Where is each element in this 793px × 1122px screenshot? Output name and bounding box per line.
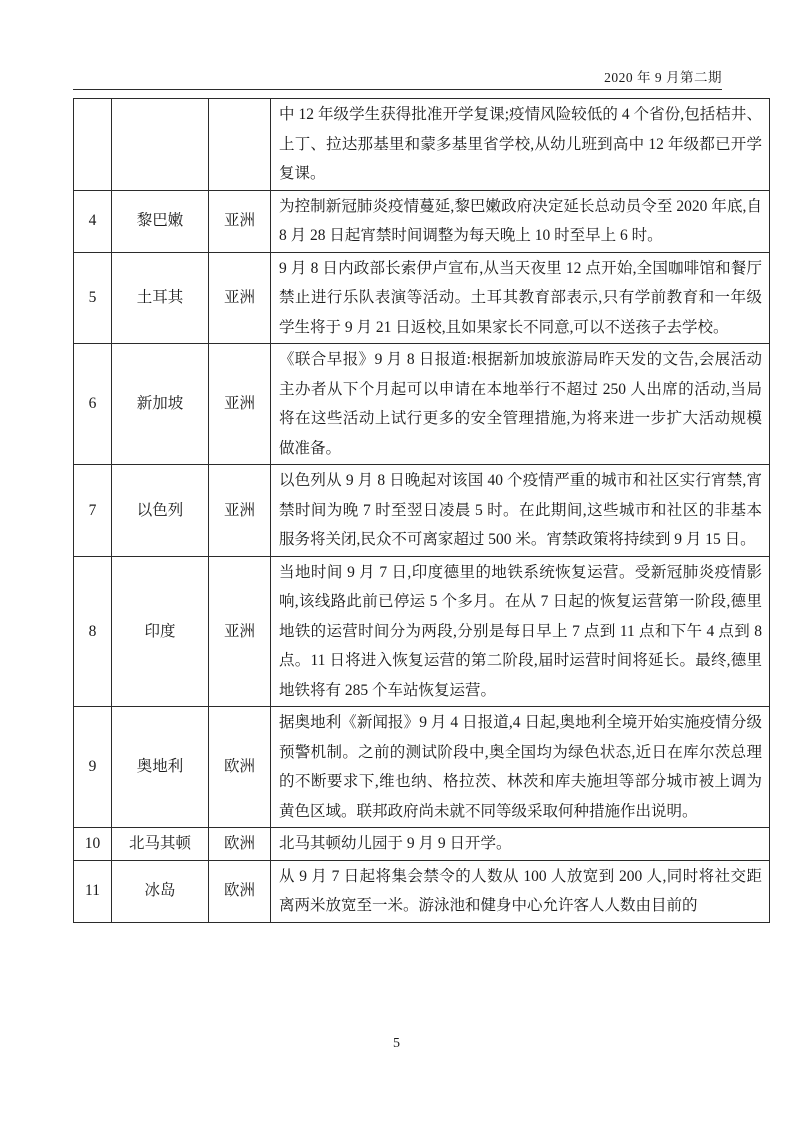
region-cell: 欧洲 <box>209 707 271 828</box>
measures-table: 中 12 年级学生获得批准开学复课;疫情风险较低的 4 个省份,包括桔井、上丁、… <box>73 98 770 923</box>
table-row: 6 新加坡 亚洲 《联合早报》9 月 8 日报道:根据新加坡旅游局昨天发的文告,… <box>74 344 770 465</box>
country-cell: 奥地利 <box>112 707 209 828</box>
description-cell: 为控制新冠肺炎疫情蔓延,黎巴嫩政府决定延长总动员令至 2020 年底,自 8 月… <box>271 190 770 252</box>
table-row: 10 北马其顿 欧洲 北马其顿幼儿园于 9 月 9 日开学。 <box>74 828 770 861</box>
country-cell: 土耳其 <box>112 252 209 344</box>
country-cell: 印度 <box>112 556 209 707</box>
row-number-cell: 7 <box>74 465 112 557</box>
country-cell: 冰岛 <box>112 860 209 922</box>
issue-label: 2020 年 9 月第二期 <box>604 70 722 85</box>
table-row: 5 土耳其 亚洲 9 月 8 日内政部长索伊卢宣布,从当天夜里 12 点开始,全… <box>74 252 770 344</box>
country-cell: 黎巴嫩 <box>112 190 209 252</box>
region-cell: 亚洲 <box>209 252 271 344</box>
region-cell: 亚洲 <box>209 344 271 465</box>
description-cell: 据奥地利《新闻报》9 月 4 日报道,4 日起,奥地利全境开始实施疫情分级预警机… <box>271 707 770 828</box>
region-cell: 亚洲 <box>209 465 271 557</box>
row-number-cell: 9 <box>74 707 112 828</box>
row-number-cell: 4 <box>74 190 112 252</box>
row-number-cell <box>74 99 112 191</box>
description-cell: 北马其顿幼儿园于 9 月 9 日开学。 <box>271 828 770 861</box>
country-cell <box>112 99 209 191</box>
table-row: 11 冰岛 欧洲 从 9 月 7 日起将集会禁令的人数从 100 人放宽到 20… <box>74 860 770 922</box>
table-row: 9 奥地利 欧洲 据奥地利《新闻报》9 月 4 日报道,4 日起,奥地利全境开始… <box>74 707 770 828</box>
row-number-cell: 6 <box>74 344 112 465</box>
description-cell: 9 月 8 日内政部长索伊卢宣布,从当天夜里 12 点开始,全国咖啡馆和餐厅禁止… <box>271 252 770 344</box>
table-row: 中 12 年级学生获得批准开学复课;疫情风险较低的 4 个省份,包括桔井、上丁、… <box>74 99 770 191</box>
region-cell: 亚洲 <box>209 190 271 252</box>
country-cell: 北马其顿 <box>112 828 209 861</box>
country-cell: 新加坡 <box>112 344 209 465</box>
table-row: 4 黎巴嫩 亚洲 为控制新冠肺炎疫情蔓延,黎巴嫩政府决定延长总动员令至 2020… <box>74 190 770 252</box>
row-number-cell: 11 <box>74 860 112 922</box>
description-cell: 从 9 月 7 日起将集会禁令的人数从 100 人放宽到 200 人,同时将社交… <box>271 860 770 922</box>
table-row: 7 以色列 亚洲 以色列从 9 月 8 日晚起对该国 40 个疫情严重的城市和社… <box>74 465 770 557</box>
page-header: 2020 年 9 月第二期 <box>73 0 722 90</box>
row-number-cell: 10 <box>74 828 112 861</box>
description-cell: 中 12 年级学生获得批准开学复课;疫情风险较低的 4 个省份,包括桔井、上丁、… <box>271 99 770 191</box>
row-number-cell: 5 <box>74 252 112 344</box>
description-cell: 《联合早报》9 月 8 日报道:根据新加坡旅游局昨天发的文告,会展活动主办者从下… <box>271 344 770 465</box>
page-number: 5 <box>0 1036 793 1052</box>
description-cell: 当地时间 9 月 7 日,印度德里的地铁系统恢复运营。受新冠肺炎疫情影响,该线路… <box>271 556 770 707</box>
region-cell: 亚洲 <box>209 556 271 707</box>
region-cell: 欧洲 <box>209 860 271 922</box>
region-cell: 欧洲 <box>209 828 271 861</box>
region-cell <box>209 99 271 191</box>
description-cell: 以色列从 9 月 8 日晚起对该国 40 个疫情严重的城市和社区实行宵禁,宵禁时… <box>271 465 770 557</box>
row-number-cell: 8 <box>74 556 112 707</box>
page: 2020 年 9 月第二期 中 12 年级学生获得批准开学复课;疫情风险较低的 … <box>73 0 722 923</box>
table-row: 8 印度 亚洲 当地时间 9 月 7 日,印度德里的地铁系统恢复运营。受新冠肺炎… <box>74 556 770 707</box>
country-cell: 以色列 <box>112 465 209 557</box>
